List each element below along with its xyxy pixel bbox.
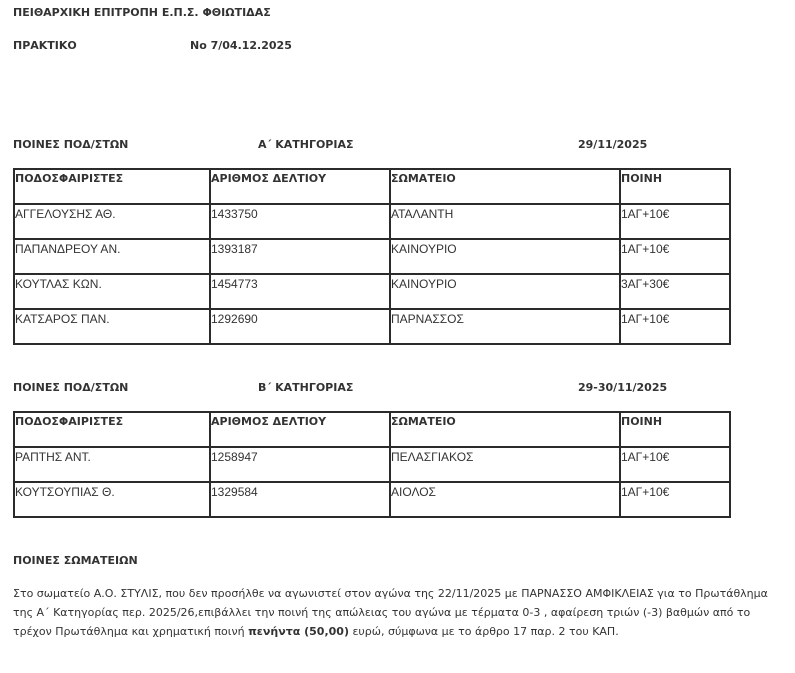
column-header-card-number: ΑΡΙΘΜΟΣ ΔΕΛΤΙΟΥ	[210, 169, 390, 204]
penalty: 1ΑΓ+10€	[620, 239, 730, 274]
card-number: 1329584	[210, 482, 390, 517]
table-row: ΚΑΤΣΑΡΟΣ ΠΑΝ. 1292690 ΠΑΡΝΑΣΣΟΣ 1ΑΓ+10€	[14, 309, 730, 344]
section-b-category: Β΄ ΚΑΤΗΓΟΡΙΑΣ	[258, 381, 353, 394]
column-header-penalty: ΠΟΙΝΗ	[620, 412, 730, 447]
penalty: 3ΑΓ+30€	[620, 274, 730, 309]
card-number: 1258947	[210, 447, 390, 482]
table-row: ΡΑΠΤΗΣ ΑΝΤ. 1258947 ΠΕΛΑΣΓΙΑΚΟΣ 1ΑΓ+10€	[14, 447, 730, 482]
club-name: ΠΕΛΑΣΓΙΑΚΟΣ	[390, 447, 620, 482]
penalty: 1ΑΓ+10€	[620, 309, 730, 344]
column-header-club: ΣΩΜΑΤΕΙΟ	[390, 169, 620, 204]
committee-title: ΠΕΙΘΑΡΧΙΚΗ ΕΠΙΤΡΟΠΗ Ε.Π.Σ. ΦΘΙΩΤΙΔΑΣ	[13, 6, 271, 19]
club-name: ΠΑΡΝΑΣΣΟΣ	[390, 309, 620, 344]
penalty: 1ΑΓ+10€	[620, 447, 730, 482]
table-header-row: ΠΟΔΟΣΦΑΙΡΙΣΤΕΣ ΑΡΙΘΜΟΣ ΔΕΛΤΙΟΥ ΣΩΜΑΤΕΙΟ …	[14, 169, 730, 204]
table-header-row: ΠΟΔΟΣΦΑΙΡΙΣΤΕΣ ΑΡΙΘΜΟΣ ΔΕΛΤΙΟΥ ΣΩΜΑΤΕΙΟ …	[14, 412, 730, 447]
section-b-penalties-table: ΠΟΔΟΣΦΑΙΡΙΣΤΕΣ ΑΡΙΘΜΟΣ ΔΕΛΤΙΟΥ ΣΩΜΑΤΕΙΟ …	[13, 411, 731, 518]
penalty: 1ΑΓ+10€	[620, 204, 730, 239]
minutes-number: Νο 7/04.12.2025	[190, 39, 292, 52]
section-a-title: ΠΟΙΝΕΣ ΠΟΔ/ΣΤΩΝ	[13, 138, 128, 151]
column-header-players: ΠΟΔΟΣΦΑΙΡΙΣΤΕΣ	[14, 412, 210, 447]
player-name: ΚΟΥΤΛΑΣ ΚΩΝ.	[14, 274, 210, 309]
column-header-players: ΠΟΔΟΣΦΑΙΡΙΣΤΕΣ	[14, 169, 210, 204]
table-row: ΑΓΓΕΛΟΥΣΗΣ ΑΘ. 1433750 ΑΤΑΛΑΝΤΗ 1ΑΓ+10€	[14, 204, 730, 239]
player-name: ΑΓΓΕΛΟΥΣΗΣ ΑΘ.	[14, 204, 210, 239]
table-row: ΠΑΠΑΝΔΡΕΟΥ ΑΝ. 1393187 ΚΑΙΝΟΥΡΙΟ 1ΑΓ+10€	[14, 239, 730, 274]
card-number: 1454773	[210, 274, 390, 309]
card-number: 1393187	[210, 239, 390, 274]
column-header-club: ΣΩΜΑΤΕΙΟ	[390, 412, 620, 447]
club-penalty-fine-amount: πενήντα (50,00)	[248, 625, 349, 638]
player-name: ΚΟΥΤΣΟΥΠΙΑΣ Θ.	[14, 482, 210, 517]
club-penalty-text-end: ευρώ, σύμφωνα με το άρθρο 17 παρ. 2 του …	[349, 625, 619, 638]
club-name: ΚΑΙΝΟΥΡΙΟ	[390, 239, 620, 274]
club-name: ΚΑΙΝΟΥΡΙΟ	[390, 274, 620, 309]
card-number: 1292690	[210, 309, 390, 344]
club-name: ΑΤΑΛΑΝΤΗ	[390, 204, 620, 239]
column-header-penalty: ΠΟΙΝΗ	[620, 169, 730, 204]
table-row: ΚΟΥΤΛΑΣ ΚΩΝ. 1454773 ΚΑΙΝΟΥΡΙΟ 3ΑΓ+30€	[14, 274, 730, 309]
section-a-penalties-table: ΠΟΔΟΣΦΑΙΡΙΣΤΕΣ ΑΡΙΘΜΟΣ ΔΕΛΤΙΟΥ ΣΩΜΑΤΕΙΟ …	[13, 168, 731, 345]
club-name: ΑΙΟΛΟΣ	[390, 482, 620, 517]
section-a-date: 29/11/2025	[578, 138, 647, 151]
table-row: ΚΟΥΤΣΟΥΠΙΑΣ Θ. 1329584 ΑΙΟΛΟΣ 1ΑΓ+10€	[14, 482, 730, 517]
column-header-card-number: ΑΡΙΘΜΟΣ ΔΕΛΤΙΟΥ	[210, 412, 390, 447]
section-a-category: Α΄ ΚΑΤΗΓΟΡΙΑΣ	[258, 138, 354, 151]
card-number: 1433750	[210, 204, 390, 239]
player-name: ΚΑΤΣΑΡΟΣ ΠΑΝ.	[14, 309, 210, 344]
section-b-date: 29-30/11/2025	[578, 381, 667, 394]
club-penalty-paragraph: Στο σωματείο Α.Ο. ΣΤΥΛΙΣ, που δεν προσήλ…	[13, 584, 788, 641]
player-name: ΠΑΠΑΝΔΡΕΟΥ ΑΝ.	[14, 239, 210, 274]
player-name: ΡΑΠΤΗΣ ΑΝΤ.	[14, 447, 210, 482]
penalty: 1ΑΓ+10€	[620, 482, 730, 517]
section-b-title: ΠΟΙΝΕΣ ΠΟΔ/ΣΤΩΝ	[13, 381, 128, 394]
club-penalties-title: ΠΟΙΝΕΣ ΣΩΜΑΤΕΙΩΝ	[13, 554, 138, 567]
minutes-label: ΠΡΑΚΤΙΚΟ	[13, 39, 77, 52]
